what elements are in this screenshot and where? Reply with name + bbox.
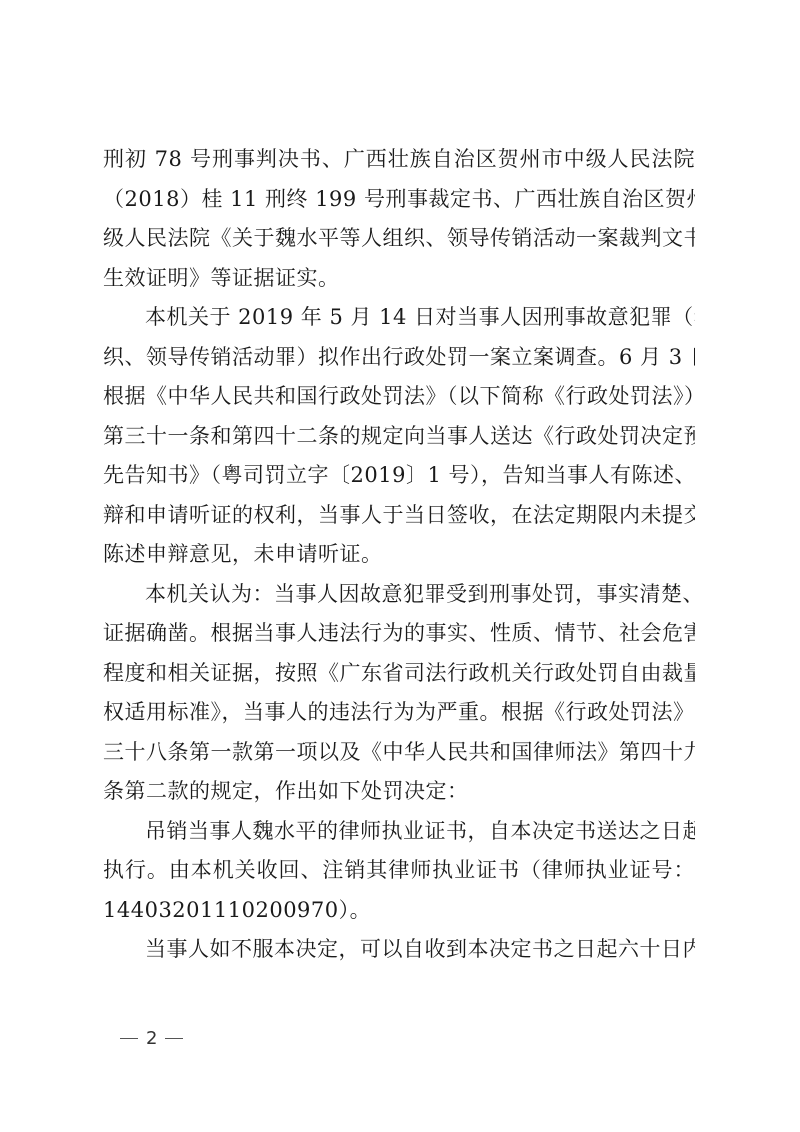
text-line: 辩和申请听证的权利，当事人于当日签收，在法定期限内未提交 xyxy=(103,496,695,536)
text-line: 执行。由本机关收回、注销其律师执业证书（律师执业证号： xyxy=(103,851,695,891)
text-line: 证据确凿。根据当事人违法行为的事实、性质、情节、社会危害 xyxy=(103,614,695,654)
paragraph-decision: 吊销当事人魏水平的律师执业证书，自本决定书送达之日起 执行。由本机关收回、注销其… xyxy=(103,812,695,931)
text-line: 本机关于 2019 年 5 月 14 日对当事人因刑事故意犯罪（犯组 xyxy=(103,298,695,338)
paragraph-appeal: 当事人如不服本决定，可以自收到本决定书之日起六十日内 xyxy=(103,930,695,970)
paragraph-evidence: 刑初 78 号刑事判决书、广西壮族自治区贺州市中级人民法院 （2018）桂 11… xyxy=(103,140,695,298)
page-number-value: 2 xyxy=(146,1028,157,1049)
document-page: 刑初 78 号刑事判决书、广西壮族自治区贺州市中级人民法院 （2018）桂 11… xyxy=(0,0,800,1132)
text-line: 权适用标准》，当事人的违法行为为严重。根据《行政处罚法》第 xyxy=(103,693,695,733)
page-number-dash-right xyxy=(165,1038,183,1039)
text-line: 生效证明》等证据证实。 xyxy=(103,259,695,299)
page-number: 2 xyxy=(120,1028,183,1049)
text-line: 织、领导传销活动罪）拟作出行政处罚一案立案调查。6 月 3 日， xyxy=(103,338,695,378)
text-line: （2018）桂 11 刑终 199 号刑事裁定书、广西壮族自治区贺州市中 xyxy=(103,180,695,220)
text-line: 根据《中华人民共和国行政处罚法》（以下简称《行政处罚法》） xyxy=(103,377,695,417)
text-line: 级人民法院《关于魏水平等人组织、领导传销活动一案裁判文书 xyxy=(103,219,695,259)
text-line: 条第二款的规定，作出如下处罚决定： xyxy=(103,772,695,812)
text-line: 吊销当事人魏水平的律师执业证书，自本决定书送达之日起 xyxy=(103,812,695,852)
text-line: 当事人如不服本决定，可以自收到本决定书之日起六十日内 xyxy=(103,930,695,970)
text-line: 本机关认为：当事人因故意犯罪受到刑事处罚，事实清楚、 xyxy=(103,575,695,615)
document-body: 刑初 78 号刑事判决书、广西壮族自治区贺州市中级人民法院 （2018）桂 11… xyxy=(103,140,695,970)
page-number-dash-left xyxy=(120,1038,138,1039)
text-line: 三十八条第一款第一项以及《中华人民共和国律师法》第四十九 xyxy=(103,733,695,773)
text-line: 先告知书》（粤司罚立字〔2019〕1 号），告知当事人有陈述、申 xyxy=(103,456,695,496)
text-line: 第三十一条和第四十二条的规定向当事人送达《行政处罚决定预 xyxy=(103,417,695,457)
text-line: 程度和相关证据，按照《广东省司法行政机关行政处罚自由裁量 xyxy=(103,654,695,694)
paragraph-investigation: 本机关于 2019 年 5 月 14 日对当事人因刑事故意犯罪（犯组 织、领导传… xyxy=(103,298,695,575)
paragraph-findings: 本机关认为：当事人因故意犯罪受到刑事处罚，事实清楚、 证据确凿。根据当事人违法行… xyxy=(103,575,695,812)
text-line: 14403201110200970）。 xyxy=(103,891,695,931)
text-line: 陈述申辩意见，未申请听证。 xyxy=(103,535,695,575)
text-line: 刑初 78 号刑事判决书、广西壮族自治区贺州市中级人民法院 xyxy=(103,140,695,180)
